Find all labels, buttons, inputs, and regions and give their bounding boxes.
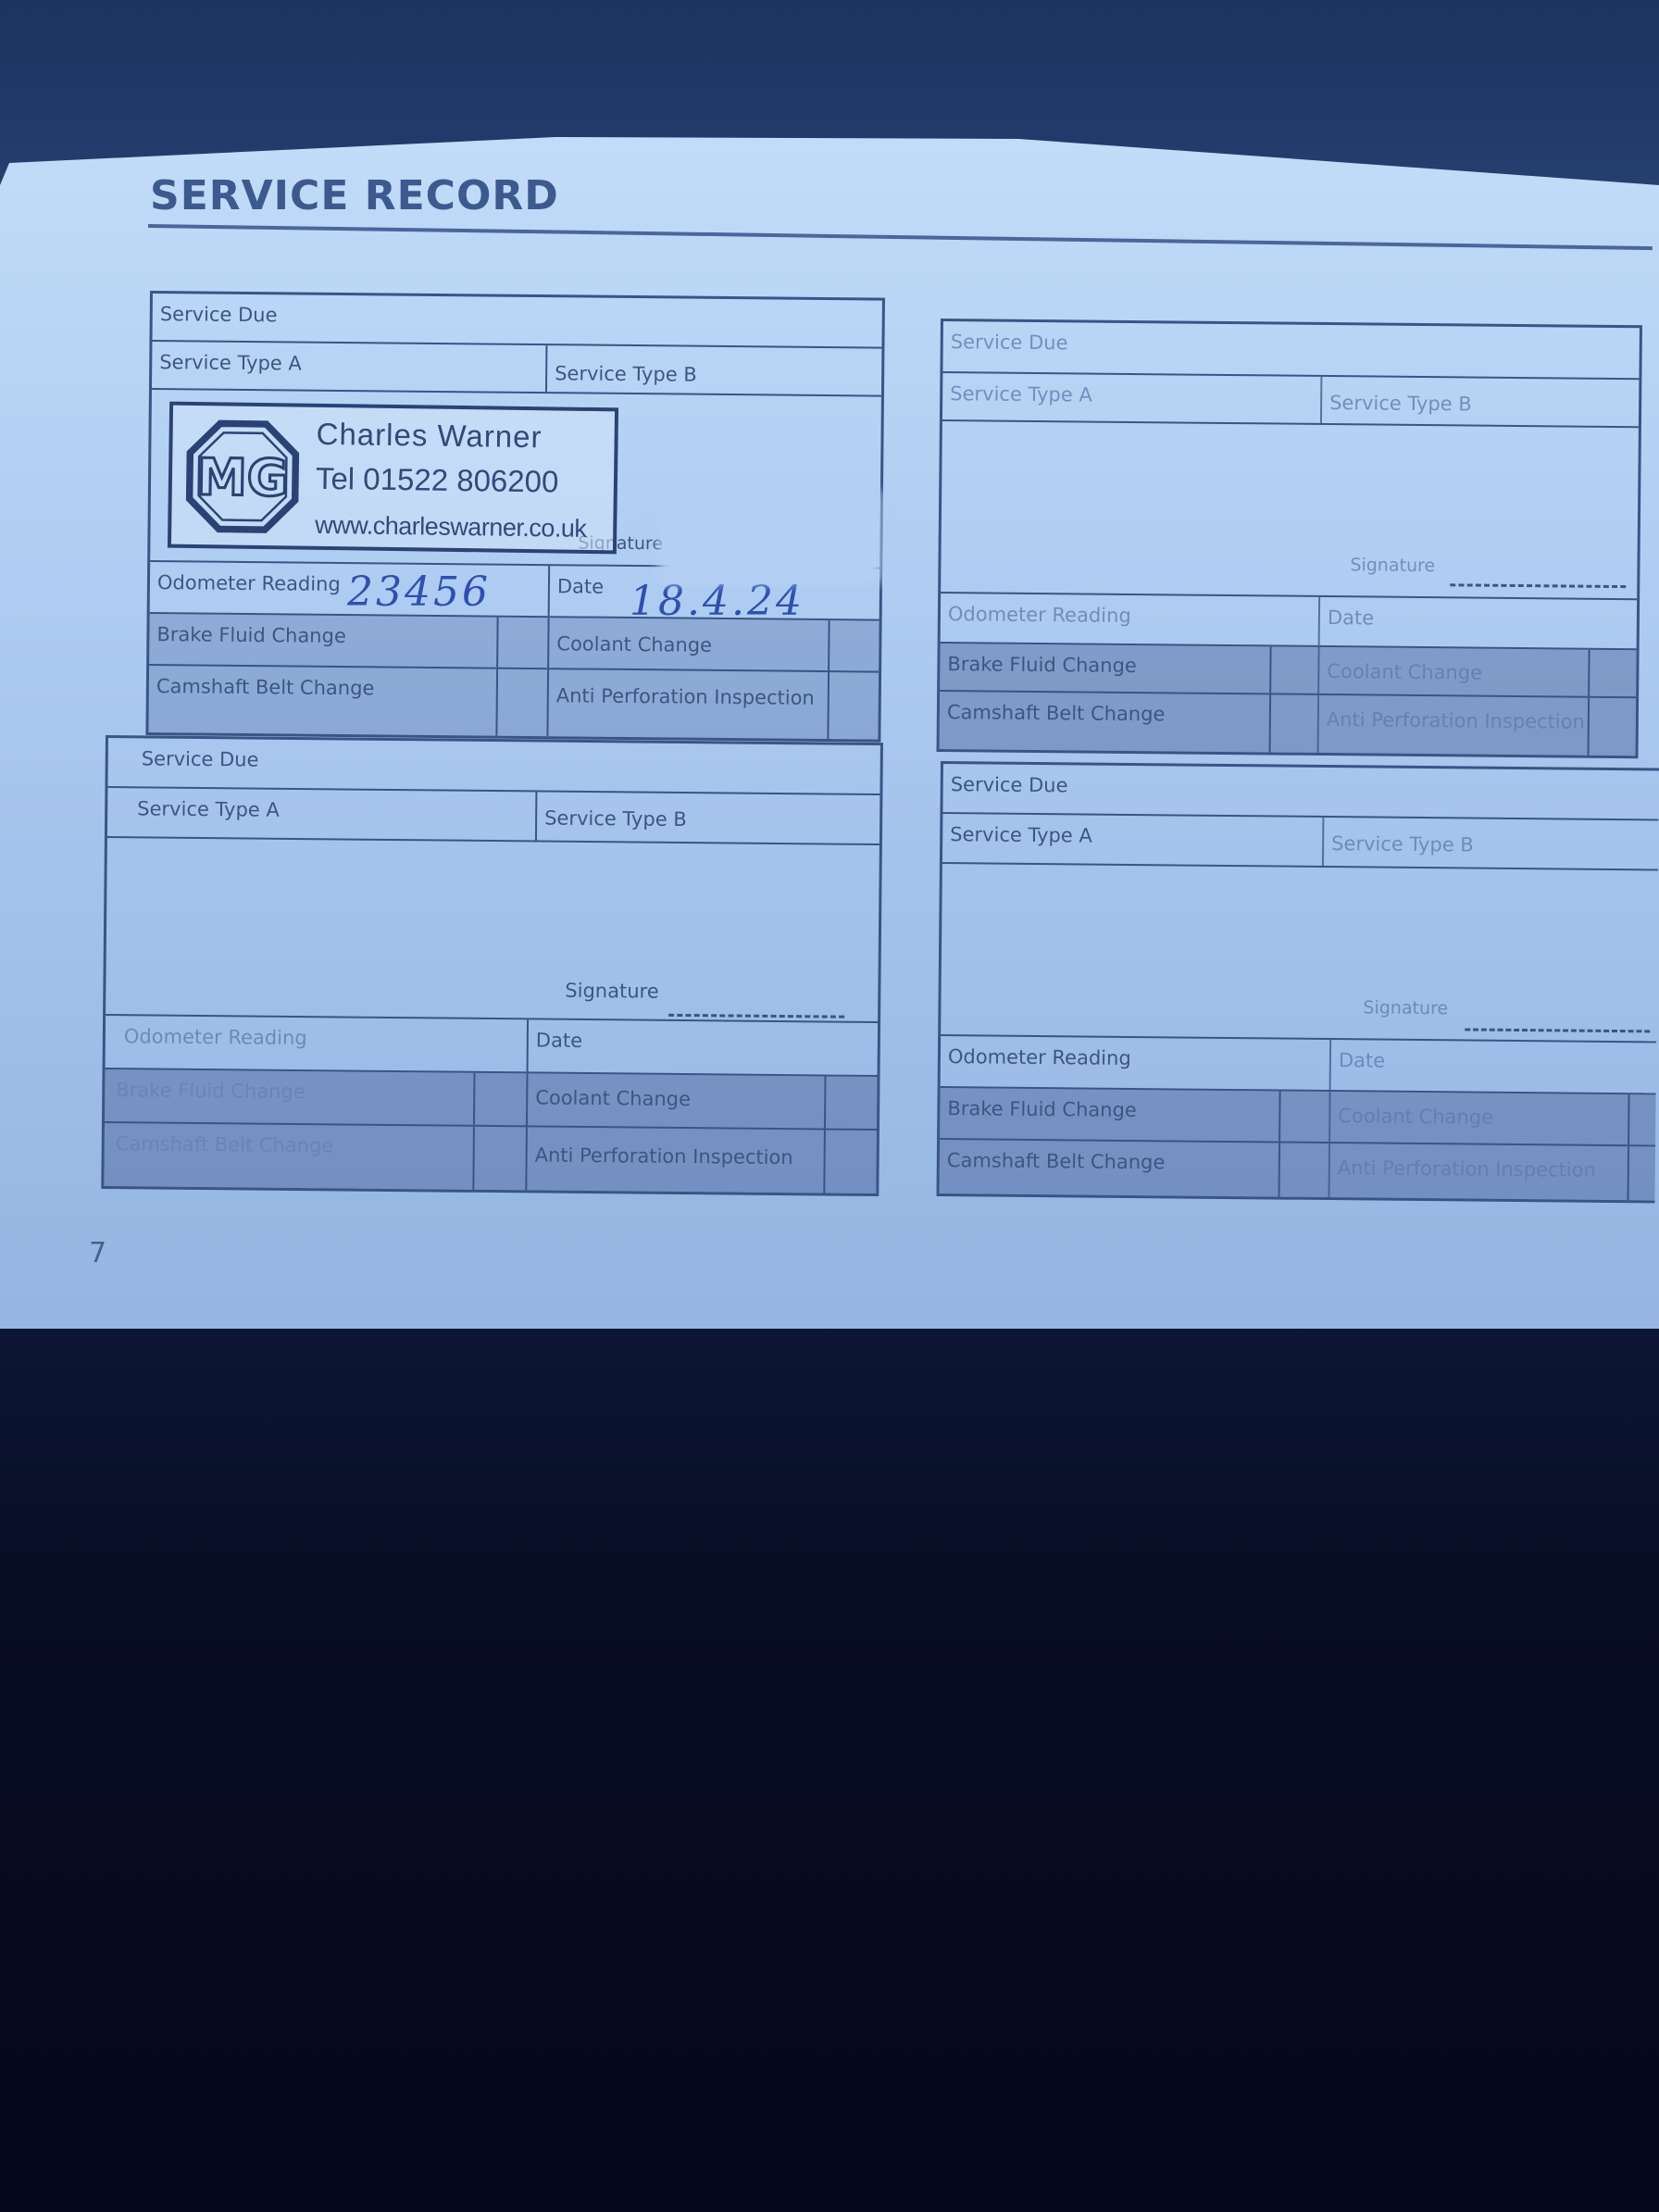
coolant-change-label: Coolant Change bbox=[526, 1073, 825, 1128]
camshaft-perforation-row: Camshaft Belt Change Anti Perforation In… bbox=[148, 666, 879, 740]
coolant-change-checkbox[interactable] bbox=[1628, 1094, 1656, 1144]
odometer-reading-label: Odometer Reading bbox=[117, 1016, 315, 1069]
odometer-reading-label: Odometer Reading bbox=[150, 562, 348, 614]
brake-fluid-change-checkbox[interactable] bbox=[1269, 646, 1317, 693]
service-type-row: Service Type A Service Type B bbox=[942, 373, 1639, 428]
odometer-date-row: Odometer Reading Date bbox=[106, 1016, 879, 1077]
camshaft-belt-change-label: Camshaft Belt Change bbox=[107, 1123, 341, 1188]
coolant-change-label: Coolant Change bbox=[547, 618, 829, 670]
brake-fluid-change-label: Brake Fluid Change bbox=[940, 1088, 1144, 1140]
anti-perforation-inspection-checkbox[interactable] bbox=[827, 672, 879, 740]
dealer-stamp: MG Charles Warner Tel 01522 806200 www.c… bbox=[168, 402, 618, 555]
signature-area: Signature bbox=[941, 864, 1658, 1043]
brake-fluid-change-checkbox[interactable] bbox=[496, 618, 548, 669]
anti-perforation-inspection-label: Anti Perforation Inspection bbox=[525, 1127, 824, 1193]
odometer-reading-value[interactable]: 23456 bbox=[347, 569, 491, 616]
coolant-change-checkbox[interactable] bbox=[1588, 650, 1636, 696]
service-due-row: Service Due bbox=[107, 738, 879, 795]
coolant-change-label: Coolant Change bbox=[1328, 1092, 1628, 1144]
camshaft-perforation-row: Camshaft Belt Change Anti Perforation In… bbox=[940, 692, 1637, 756]
signature-area: Signature bbox=[941, 421, 1639, 600]
camshaft-belt-change-label: Camshaft Belt Change bbox=[148, 666, 381, 734]
date-label: Date bbox=[1329, 1040, 1657, 1093]
date-label: Date bbox=[527, 1019, 879, 1075]
service-type-b-label: Service Type B bbox=[545, 345, 881, 394]
service-due-label: Service Due bbox=[133, 738, 266, 787]
anti-perforation-inspection-label: Anti Perforation Inspection bbox=[1328, 1143, 1628, 1200]
camshaft-perforation-row: Camshaft Belt Change Anti Perforation In… bbox=[104, 1123, 877, 1193]
date-value[interactable]: 18.4.24 bbox=[630, 578, 805, 625]
signature-line[interactable] bbox=[668, 1014, 844, 1019]
anti-perforation-inspection-checkbox[interactable] bbox=[1588, 698, 1637, 756]
redacted-signature bbox=[659, 491, 881, 583]
service-type-row: Service Type A Service Type B bbox=[942, 814, 1658, 870]
coolant-change-label: Coolant Change bbox=[1317, 647, 1588, 696]
service-record-card-2: Service Due Service Type A Service Type … bbox=[937, 319, 1642, 758]
brake-coolant-row: Brake Fluid Change Coolant Change bbox=[940, 644, 1636, 698]
camshaft-perforation-row: Camshaft Belt Change Anti Perforation In… bbox=[940, 1140, 1656, 1200]
camshaft-belt-change-checkbox[interactable] bbox=[495, 669, 547, 737]
service-record-card-4: Service Due Service Type A Service Type … bbox=[936, 761, 1658, 1203]
service-type-row: Service Type A Service Type B bbox=[107, 788, 879, 845]
service-type-a-label: Service Type A bbox=[942, 373, 1100, 421]
service-type-a-label: Service Type A bbox=[130, 788, 287, 838]
camshaft-belt-change-checkbox[interactable] bbox=[472, 1127, 526, 1191]
service-due-row: Service Due bbox=[942, 764, 1658, 820]
signature-line[interactable] bbox=[1450, 583, 1626, 588]
dealer-website: www.charleswarner.co.uk bbox=[315, 511, 587, 544]
background-surface-bottom bbox=[0, 1324, 1659, 2212]
brake-fluid-change-label: Brake Fluid Change bbox=[108, 1069, 313, 1123]
signature-label: Signature bbox=[565, 980, 659, 1003]
odometer-date-row: Odometer Reading Date bbox=[941, 1036, 1657, 1094]
service-type-b-label: Service Type B bbox=[1320, 377, 1639, 426]
dealer-name: Charles Warner bbox=[316, 417, 542, 455]
camshaft-belt-change-label: Camshaft Belt Change bbox=[940, 1140, 1173, 1195]
brake-fluid-change-checkbox[interactable] bbox=[473, 1073, 527, 1126]
service-due-row: Service Due bbox=[942, 321, 1640, 380]
odometer-reading-label: Odometer Reading bbox=[941, 594, 1139, 644]
brake-coolant-row: Brake Fluid Change Coolant Change bbox=[940, 1088, 1656, 1146]
coolant-change-checkbox[interactable] bbox=[824, 1076, 878, 1129]
camshaft-belt-change-label: Camshaft Belt Change bbox=[940, 692, 1173, 751]
service-due-label: Service Due bbox=[942, 764, 1075, 813]
odometer-date-row: Odometer Reading Date bbox=[941, 594, 1637, 650]
mg-logo-icon: MG bbox=[184, 419, 301, 535]
service-type-b-label: Service Type B bbox=[1322, 818, 1658, 869]
coolant-change-checkbox[interactable] bbox=[828, 620, 879, 671]
camshaft-belt-change-checkbox[interactable] bbox=[1279, 1143, 1329, 1198]
anti-perforation-inspection-label: Anti Perforation Inspection bbox=[1317, 695, 1589, 756]
svg-text:MG: MG bbox=[196, 447, 289, 507]
brake-fluid-change-label: Brake Fluid Change bbox=[149, 614, 354, 666]
brake-fluid-change-checkbox[interactable] bbox=[1279, 1092, 1329, 1143]
anti-perforation-inspection-checkbox[interactable] bbox=[1627, 1146, 1655, 1200]
service-record-card-3: Service Due Service Type A Service Type … bbox=[101, 735, 883, 1196]
page-title: SERVICE RECORD bbox=[150, 172, 559, 219]
brake-coolant-row: Brake Fluid Change Coolant Change bbox=[105, 1069, 878, 1131]
anti-perforation-inspection-label: Anti Perforation Inspection bbox=[546, 669, 828, 739]
service-type-row: Service Type A Service Type B bbox=[152, 342, 881, 397]
signature-area: Signature bbox=[106, 838, 879, 1023]
service-type-a-label: Service Type A bbox=[152, 342, 309, 390]
service-type-b-label: Service Type B bbox=[535, 792, 879, 844]
signature-label: Signature bbox=[1350, 555, 1435, 576]
service-due-row: Service Due bbox=[152, 294, 881, 349]
date-label: Date bbox=[1318, 597, 1637, 648]
service-due-label: Service Due bbox=[942, 321, 1075, 372]
brake-fluid-change-label: Brake Fluid Change bbox=[940, 644, 1144, 692]
odometer-reading-label: Odometer Reading bbox=[941, 1036, 1139, 1088]
page-number: 7 bbox=[89, 1237, 106, 1269]
camshaft-belt-change-checkbox[interactable] bbox=[1269, 694, 1318, 752]
service-due-label: Service Due bbox=[152, 294, 284, 341]
service-type-a-label: Service Type A bbox=[942, 814, 1100, 864]
anti-perforation-inspection-checkbox[interactable] bbox=[823, 1130, 877, 1193]
signature-label: Signature bbox=[1363, 997, 1448, 1019]
dealer-telephone: Tel 01522 806200 bbox=[316, 461, 559, 500]
signature-line[interactable] bbox=[1465, 1028, 1650, 1032]
